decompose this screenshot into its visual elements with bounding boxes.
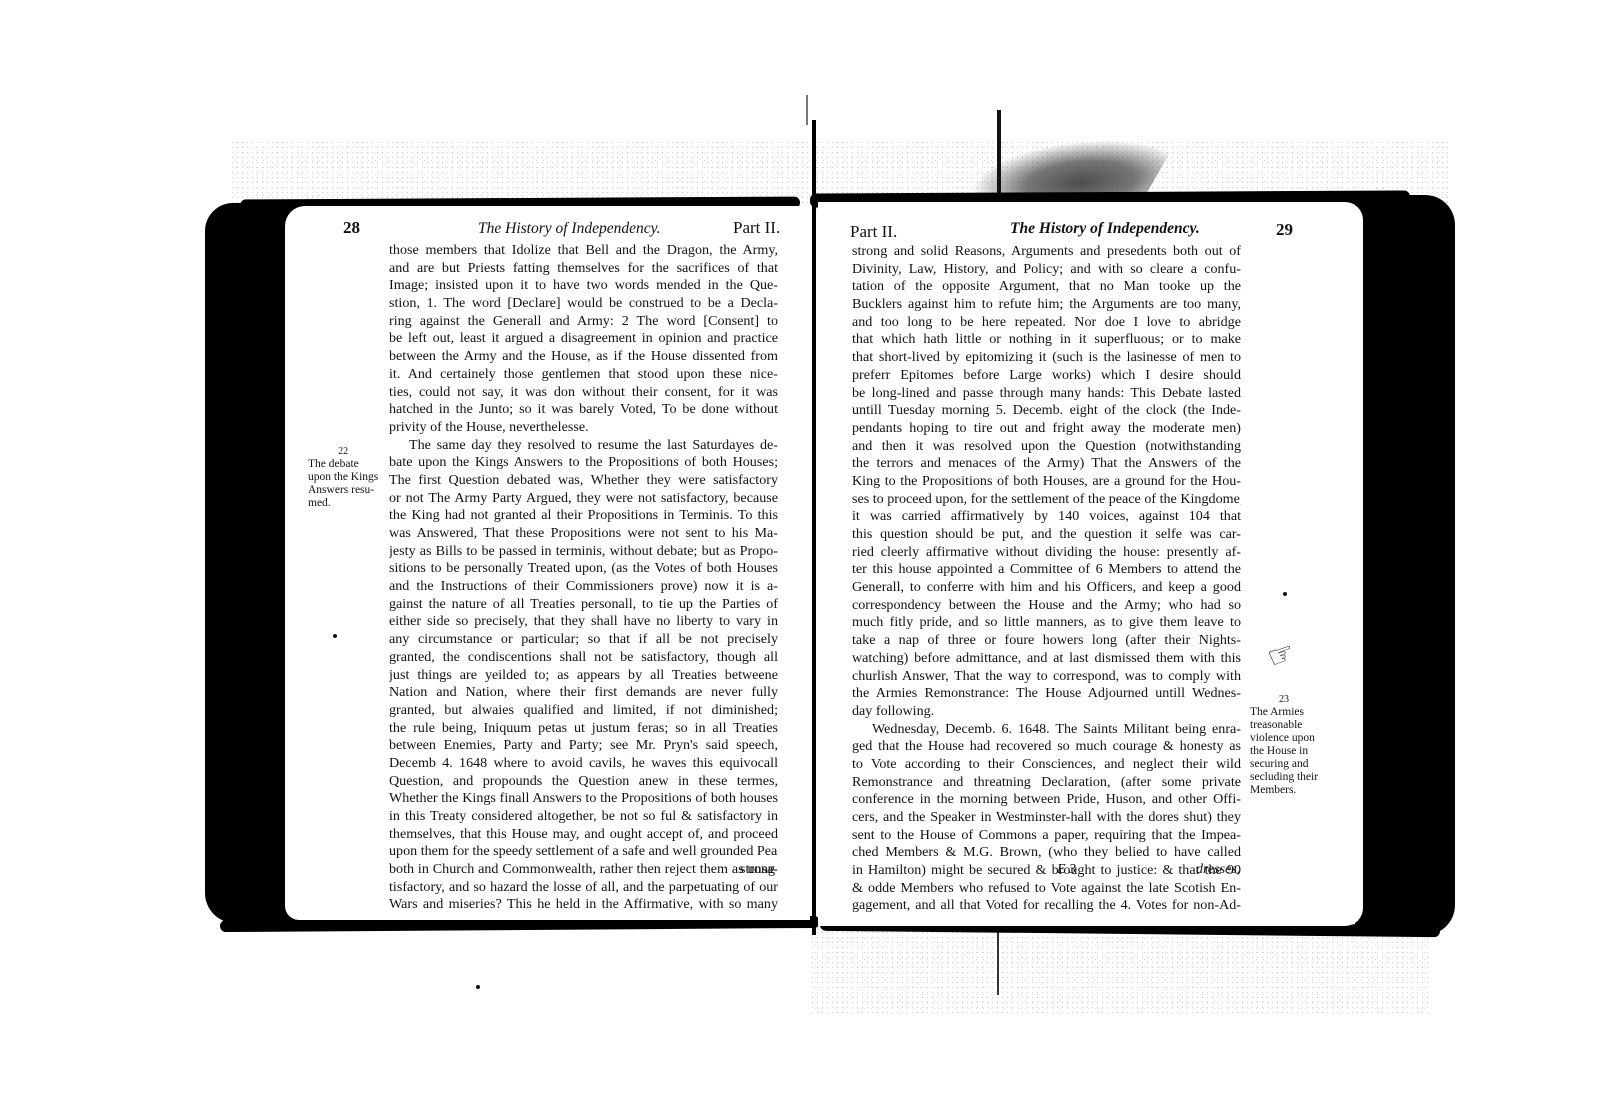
text-line: Image; insisted upon it to have two word… — [389, 277, 778, 295]
text-line: Wednesday, Decemb. 6. 1648. The Saints M… — [852, 721, 1241, 739]
text-line: between the Army and the House, as if th… — [389, 348, 778, 366]
text-line: sitions to be personally Treated upon, (… — [389, 560, 778, 578]
text-line: in Hamilton) might be secured & brought … — [852, 862, 1241, 880]
text-line: gainst the nature of all Treaties person… — [389, 596, 778, 614]
text-line: churlish Answer, That the way to corresp… — [852, 668, 1241, 686]
text-line: stion, 1. The word [Declare] would be co… — [389, 295, 778, 313]
text-line: sent to the House of Commons a paper, re… — [852, 827, 1241, 845]
text-line: the rule being, Iniquum petas ut justum … — [389, 720, 778, 738]
text-line: cers, and the Speaker in Westminster-hal… — [852, 809, 1241, 827]
text-line: watching) before admittance, and at last… — [852, 650, 1241, 668]
text-line: bate upon the Kings Answers to the Propo… — [389, 454, 778, 472]
text-line: either side so precisely, that they shal… — [389, 613, 778, 631]
text-line: day following. — [852, 703, 1241, 721]
text-line: just things are yeilded to; as appears b… — [389, 667, 778, 685]
text-line: ties, could not say, it was don without … — [389, 384, 778, 402]
text-line: Remonstrance and threatning Declaration,… — [852, 774, 1241, 792]
text-line: granted, the condiscentions shall not be… — [389, 649, 778, 667]
text-line: correspondency between the House and the… — [852, 597, 1241, 615]
text-line: The same day they resolved to resume the… — [389, 437, 778, 455]
right-margin-note: 23 The Armies treasonable violence upon … — [1250, 693, 1318, 797]
text-line: Wars and miseries? This he held in the A… — [389, 896, 778, 914]
text-line: between Enemies, Party and Party; see Mr… — [389, 737, 778, 755]
book-cover-left — [205, 203, 295, 923]
text-line: any circumstance or particular; so that … — [389, 631, 778, 649]
text-line: Whether the Kings finall Answers to the … — [389, 790, 778, 808]
text-line: both in Church and Commonwealth, rather … — [389, 861, 778, 879]
right-page-number: 29 — [1276, 220, 1293, 240]
text-line: and then it was resolved upon the Questi… — [852, 438, 1241, 456]
text-line: ged that the House had recovered so much… — [852, 738, 1241, 756]
right-catchword: dresses, — [1196, 862, 1240, 878]
text-line: the King had not granted al their Propos… — [389, 507, 778, 525]
text-line: strong and solid Reasons, Arguments and … — [852, 243, 1241, 261]
text-line: Nation and Nation, where their first dem… — [389, 684, 778, 702]
text-line: Bucklers against him to refute him; the … — [852, 296, 1241, 314]
text-line: pendants hoping to tire out and fright a… — [852, 420, 1241, 438]
right-running-title: The History of Independency. — [1010, 220, 1200, 238]
left-page-number: 28 — [343, 218, 360, 238]
text-line: take a nap of three or foure howers long… — [852, 632, 1241, 650]
text-line: ried cleerly affirmative without dividin… — [852, 544, 1241, 562]
text-line: Question, and propounds the Question ane… — [389, 773, 778, 791]
text-line: to Vote according to their Consciences, … — [852, 756, 1241, 774]
left-page-body: those members that Idolize that Bell and… — [389, 242, 778, 914]
text-line: conference in the morning between Pride,… — [852, 791, 1241, 809]
text-line: Decemb 4. 1648 where to avoid cavils, he… — [389, 755, 778, 773]
text-line: it. And certainely those gentlemen that … — [389, 366, 778, 384]
text-line: privity of the House, neverthelesse. — [389, 419, 778, 437]
scan-mark — [997, 925, 999, 995]
text-line: the terrors and menaces of the Army) Tha… — [852, 455, 1241, 473]
left-margin-note: 22 The debate upon the Kings Answers res… — [308, 445, 378, 510]
text-line: this question should be put, and the que… — [852, 526, 1241, 544]
signature-mark: E 3 — [1057, 862, 1076, 878]
ink-speck — [1283, 592, 1287, 596]
text-line: jesty as Bills to be passed in terminis,… — [389, 543, 778, 561]
left-part-label: Part II. — [733, 218, 780, 238]
text-line: & odde Members who refused to Vote again… — [852, 880, 1241, 898]
text-line: Divinity, Law, History, and Policy; and … — [852, 261, 1241, 279]
text-line: that short-lived by epitomizing it (such… — [852, 349, 1241, 367]
text-line: was Answered, That these Propositions we… — [389, 525, 778, 543]
text-line: untill Tuesday morning 5. Decemb. eight … — [852, 402, 1241, 420]
left-catchword: strong — [740, 862, 775, 878]
text-line: tation of the opposite Argument, that no… — [852, 278, 1241, 296]
text-line: much fitly pride, and so little manners,… — [852, 614, 1241, 632]
text-line: ched Members & M.G. Brown, (who they bel… — [852, 844, 1241, 862]
text-line: it was carried affirmatively by 140 voic… — [852, 508, 1241, 526]
text-line: and are but Priests fatting themselves f… — [389, 260, 778, 278]
text-line: themselves, that this House may, and oug… — [389, 826, 778, 844]
text-line: the Armies Remonstrance: The House Adjou… — [852, 685, 1241, 703]
text-line: Generall, to conferre with him and his O… — [852, 579, 1241, 597]
text-line: ring against the Generall and Army: 2 Th… — [389, 313, 778, 331]
text-line: The first Question debated was, Whether … — [389, 472, 778, 490]
text-line: tisfactory, and so hazard the losse of a… — [389, 879, 778, 897]
text-line: those members that Idolize that Bell and… — [389, 242, 778, 260]
scan-mark — [806, 95, 808, 125]
text-line: and too long to be here repeated. Nor do… — [852, 314, 1241, 332]
book-gutter — [812, 120, 816, 935]
text-line: and the Instructions of their Commission… — [389, 578, 778, 596]
text-line: or not The Army Party Argued, they were … — [389, 490, 778, 508]
right-page-body: strong and solid Reasons, Arguments and … — [852, 243, 1241, 915]
right-part-label: Part II. — [850, 222, 897, 242]
text-line: in this Treaty considered altogether, be… — [389, 808, 778, 826]
text-line: gagement, and all that Voted for recalli… — [852, 897, 1241, 915]
scan-mark — [997, 110, 1001, 200]
text-line: granted, but alwaies qualified and limit… — [389, 702, 778, 720]
text-line: preferr Epitomes before Large works) whi… — [852, 367, 1241, 385]
book-cover-right — [1355, 195, 1455, 935]
text-line: upon them for the speedy settlement of a… — [389, 843, 778, 861]
text-line: be left out, least it argued a disagreem… — [389, 330, 778, 348]
ink-speck — [476, 985, 480, 989]
text-line: hatched in the Junto; so it was barely V… — [389, 401, 778, 419]
ink-speck — [333, 634, 337, 638]
scan-noise-bottom — [810, 925, 1430, 1015]
text-line: King to the Propositions of both Houses,… — [852, 473, 1241, 491]
text-line: be long-lined and passe through many han… — [852, 385, 1241, 403]
left-running-title: The History of Independency. — [478, 220, 661, 238]
text-line: ses to proceed upon, for the settlement … — [852, 491, 1241, 509]
text-line: ter this house appointed a Committee of … — [852, 561, 1241, 579]
text-line: that which hath little or nothing in it … — [852, 331, 1241, 349]
